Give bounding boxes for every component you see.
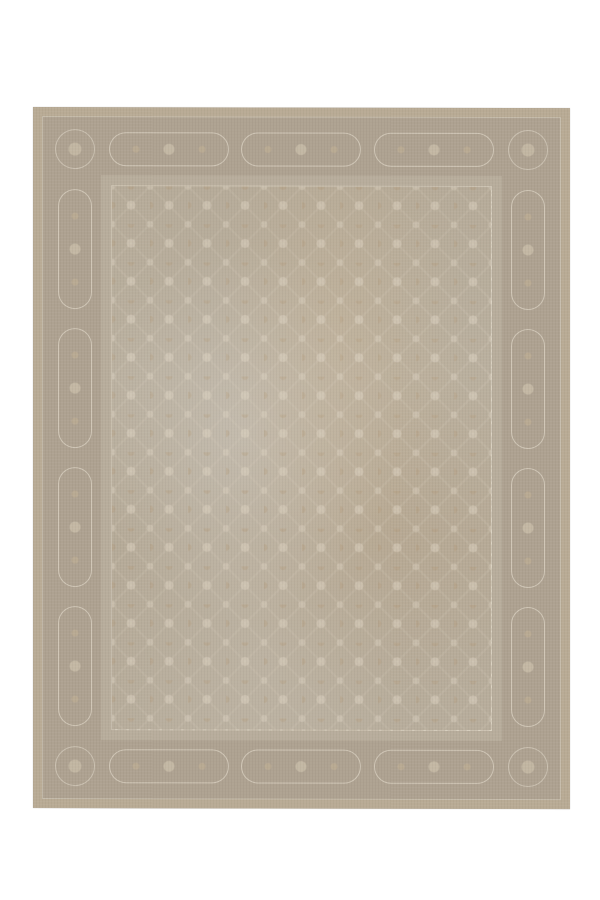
cartouche-motif xyxy=(511,329,545,449)
cartouche-motif xyxy=(511,190,545,310)
cartouche-motif xyxy=(58,189,92,309)
corner-rosette-icon xyxy=(55,129,95,169)
cartouche-motif xyxy=(109,749,229,783)
cartouche-motif xyxy=(109,132,229,166)
rug-border-top-cartouches xyxy=(103,127,500,172)
image-canvas xyxy=(0,0,600,900)
corner-rosette-icon xyxy=(508,747,548,787)
cartouche-motif xyxy=(241,132,361,166)
cartouche-motif xyxy=(241,749,361,783)
corner-rosette-icon xyxy=(55,746,95,786)
cartouche-motif xyxy=(511,468,545,588)
rug xyxy=(33,107,570,809)
rug-border-bottom-cartouches xyxy=(103,744,500,789)
cartouche-motif xyxy=(58,328,92,448)
cartouche-motif xyxy=(58,467,92,587)
cartouche-motif xyxy=(374,750,494,784)
rug-border-left-cartouches xyxy=(53,179,97,736)
cartouche-motif xyxy=(58,606,92,726)
floral-accent-pattern xyxy=(112,186,491,730)
cartouche-motif xyxy=(511,607,545,727)
rug-central-field xyxy=(112,186,491,730)
cartouche-motif xyxy=(374,133,494,167)
rug-border-right-cartouches xyxy=(506,180,550,737)
corner-rosette-icon xyxy=(508,130,548,170)
